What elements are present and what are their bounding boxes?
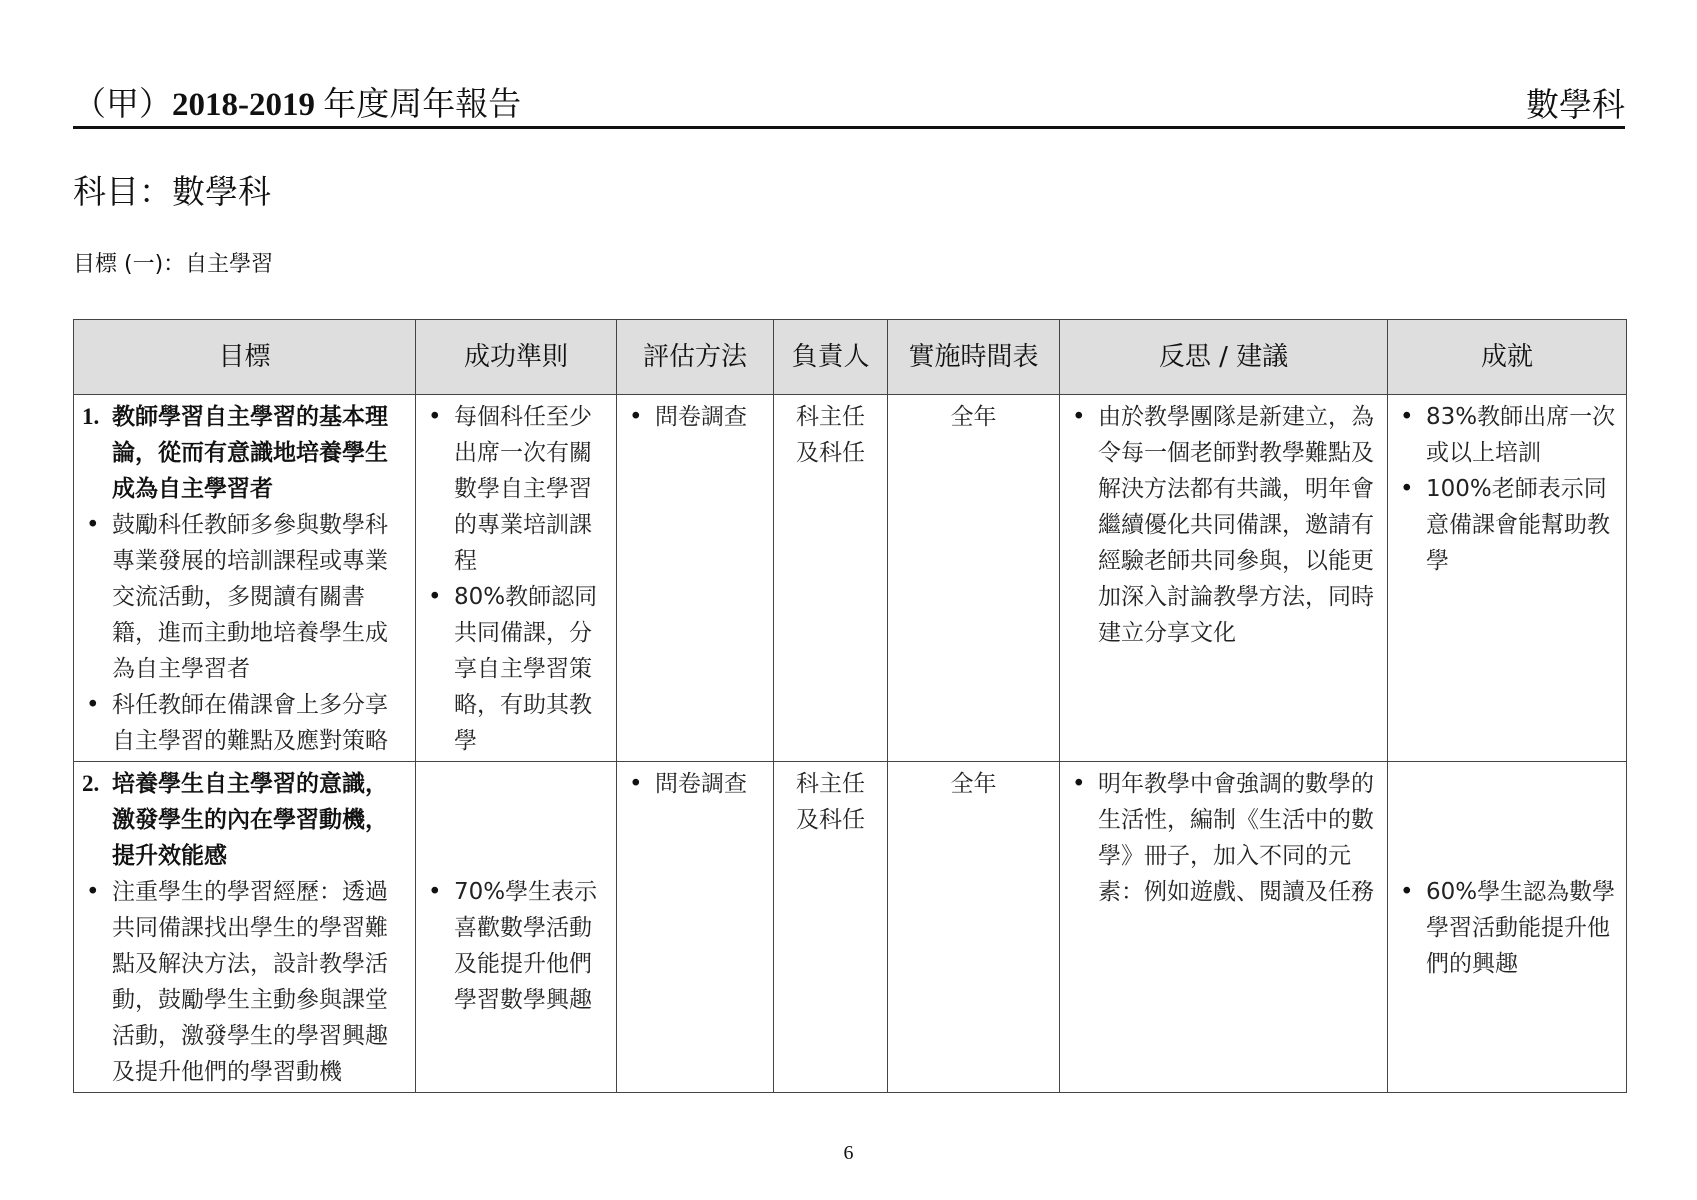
goal-title: 目標 (一)：自主學習	[73, 250, 273, 280]
objective-bullets: •鼓勵科任教師多參與數學科專業發展的培訓課程或專業交流活動，多閱讀有關書籍，進而…	[82, 507, 407, 759]
list-item-text: 注重學生的學習經歷：透過共同備課找出學生的學習難點及解決方法，設計教學活動，鼓勵…	[112, 874, 407, 1090]
bullet-icon: •	[1396, 471, 1426, 579]
list-item-text: 問卷調查	[655, 399, 765, 435]
col-header-criteria: 成功準則	[416, 320, 617, 395]
col-header-person: 負責人	[774, 320, 888, 395]
title-prefix: （甲）	[73, 87, 172, 123]
bullet-icon: •	[1396, 399, 1426, 471]
cell-spacer	[1396, 766, 1618, 874]
list-item-text: 80%教師認同共同備課，分享自主學習策略，有助其教學	[454, 579, 608, 759]
criteria-cell: •每個科任至少出席一次有關數學自主學習的專業培訓課程 •80%教師認同共同備課，…	[416, 395, 617, 762]
list-item-text: 明年教學中會強調的數學的生活性，編制《生活中的數學》冊子，加入不同的元素：例如遊…	[1098, 766, 1379, 910]
list-item: •60%學生認為數學學習活動能提升他們的興趣	[1396, 874, 1618, 982]
objective-heading: 2. 培養學生自主學習的意識，激發學生的內在學習動機，提升效能感	[82, 766, 407, 874]
objective-cell: 2. 培養學生自主學習的意識，激發學生的內在學習動機，提升效能感 •注重學生的學…	[74, 762, 416, 1093]
list-item-text: 83%教師出席一次或以上培訓	[1426, 399, 1618, 471]
plan-table: 目標 成功準則 評估方法 負責人 實施時間表 反思 / 建議 成就 1. 教師學…	[73, 319, 1627, 1093]
objective-number: 1.	[82, 399, 112, 507]
col-header-reflection: 反思 / 建議	[1060, 320, 1388, 395]
bullet-icon: •	[1068, 766, 1098, 910]
achievement-cell: •60%學生認為數學學習活動能提升他們的興趣	[1388, 762, 1627, 1093]
list-item: •83%教師出席一次或以上培訓	[1396, 399, 1618, 471]
objective-cell: 1. 教師學習自主學習的基本理論，從而有意識地培養學生成為自主學習者 •鼓勵科任…	[74, 395, 416, 762]
table-row: 2. 培養學生自主學習的意識，激發學生的內在學習動機，提升效能感 •注重學生的學…	[74, 762, 1627, 1093]
objective-heading: 1. 教師學習自主學習的基本理論，從而有意識地培養學生成為自主學習者	[82, 399, 407, 507]
objective-number: 2.	[82, 766, 112, 874]
evaluation-cell: •問卷調查	[617, 762, 774, 1093]
title-year: 2018-2019	[172, 87, 315, 123]
title-suffix: 年度周年報告	[315, 87, 521, 123]
objective-bullets: •注重學生的學習經歷：透過共同備課找出學生的學習難點及解決方法，設計教學活動，鼓…	[82, 874, 407, 1090]
list-item-text: 每個科任至少出席一次有關數學自主學習的專業培訓課程	[454, 399, 608, 579]
page-number: 6	[0, 1142, 1697, 1165]
achievement-cell: •83%教師出席一次或以上培訓 •100%老師表示同意備課會能幫助教學	[1388, 395, 1627, 762]
list-item-text: 科任教師在備課會上多分享自主學習的難點及應對策略	[112, 687, 407, 759]
reflection-cell: •明年教學中會強調的數學的生活性，編制《生活中的數學》冊子，加入不同的元素：例如…	[1060, 762, 1388, 1093]
list-item: •問卷調查	[625, 399, 765, 435]
header-subject: 數學科	[1526, 84, 1625, 126]
list-item-text: 60%學生認為數學學習活動能提升他們的興趣	[1426, 874, 1618, 982]
section-title: 科目：數學科	[73, 170, 271, 214]
bullet-icon: •	[82, 507, 112, 687]
bullet-icon: •	[1396, 874, 1426, 982]
col-header-achievement: 成就	[1388, 320, 1627, 395]
list-item-text: 100%老師表示同意備課會能幫助教學	[1426, 471, 1618, 579]
col-header-schedule: 實施時間表	[888, 320, 1060, 395]
list-item: •鼓勵科任教師多參與數學科專業發展的培訓課程或專業交流活動，多閱讀有關書籍，進而…	[82, 507, 407, 687]
person-cell: 科主任及科任	[774, 762, 888, 1093]
bullet-icon: •	[625, 766, 655, 802]
list-item: •100%老師表示同意備課會能幫助教學	[1396, 471, 1618, 579]
cell-spacer	[424, 766, 608, 874]
bullet-icon: •	[424, 874, 454, 1018]
list-item: •80%教師認同共同備課，分享自主學習策略，有助其教學	[424, 579, 608, 759]
list-item: •明年教學中會強調的數學的生活性，編制《生活中的數學》冊子，加入不同的元素：例如…	[1068, 766, 1379, 910]
col-header-evaluation: 評估方法	[617, 320, 774, 395]
list-item: •問卷調查	[625, 766, 765, 802]
criteria-cell: •70%學生表示喜歡數學活動及能提升他們學習數學興趣	[416, 762, 617, 1093]
schedule-cell: 全年	[888, 762, 1060, 1093]
bullet-icon: •	[625, 399, 655, 435]
table-row: 1. 教師學習自主學習的基本理論，從而有意識地培養學生成為自主學習者 •鼓勵科任…	[74, 395, 1627, 762]
list-item-text: 問卷調查	[655, 766, 765, 802]
bullet-icon: •	[1068, 399, 1098, 651]
bullet-icon: •	[424, 579, 454, 759]
person-cell: 科主任及科任	[774, 395, 888, 762]
reflection-cell: •由於教學團隊是新建立，為令每一個老師對教學難點及解決方法都有共識，明年會繼續優…	[1060, 395, 1388, 762]
list-item: •每個科任至少出席一次有關數學自主學習的專業培訓課程	[424, 399, 608, 579]
list-item-text: 由於教學團隊是新建立，為令每一個老師對教學難點及解決方法都有共識，明年會繼續優化…	[1098, 399, 1379, 651]
col-header-objective: 目標	[74, 320, 416, 395]
list-item-text: 鼓勵科任教師多參與數學科專業發展的培訓課程或專業交流活動，多閱讀有關書籍，進而主…	[112, 507, 407, 687]
list-item: •注重學生的學習經歷：透過共同備課找出學生的學習難點及解決方法，設計教學活動，鼓…	[82, 874, 407, 1090]
page-header: （甲）2018-2019 年度周年報告 數學科	[73, 82, 1625, 129]
evaluation-cell: •問卷調查	[617, 395, 774, 762]
list-item: •由於教學團隊是新建立，為令每一個老師對教學難點及解決方法都有共識，明年會繼續優…	[1068, 399, 1379, 651]
bullet-icon: •	[424, 399, 454, 579]
bullet-icon: •	[82, 874, 112, 1090]
list-item-text: 70%學生表示喜歡數學活動及能提升他們學習數學興趣	[454, 874, 608, 1018]
schedule-cell: 全年	[888, 395, 1060, 762]
list-item: •70%學生表示喜歡數學活動及能提升他們學習數學興趣	[424, 874, 608, 1018]
report-title: （甲）2018-2019 年度周年報告	[73, 84, 521, 126]
objective-title: 培養學生自主學習的意識，激發學生的內在學習動機，提升效能感	[112, 766, 407, 874]
bullet-icon: •	[82, 687, 112, 759]
table-header-row: 目標 成功準則 評估方法 負責人 實施時間表 反思 / 建議 成就	[74, 320, 1627, 395]
list-item: •科任教師在備課會上多分享自主學習的難點及應對策略	[82, 687, 407, 759]
objective-title: 教師學習自主學習的基本理論，從而有意識地培養學生成為自主學習者	[112, 399, 407, 507]
